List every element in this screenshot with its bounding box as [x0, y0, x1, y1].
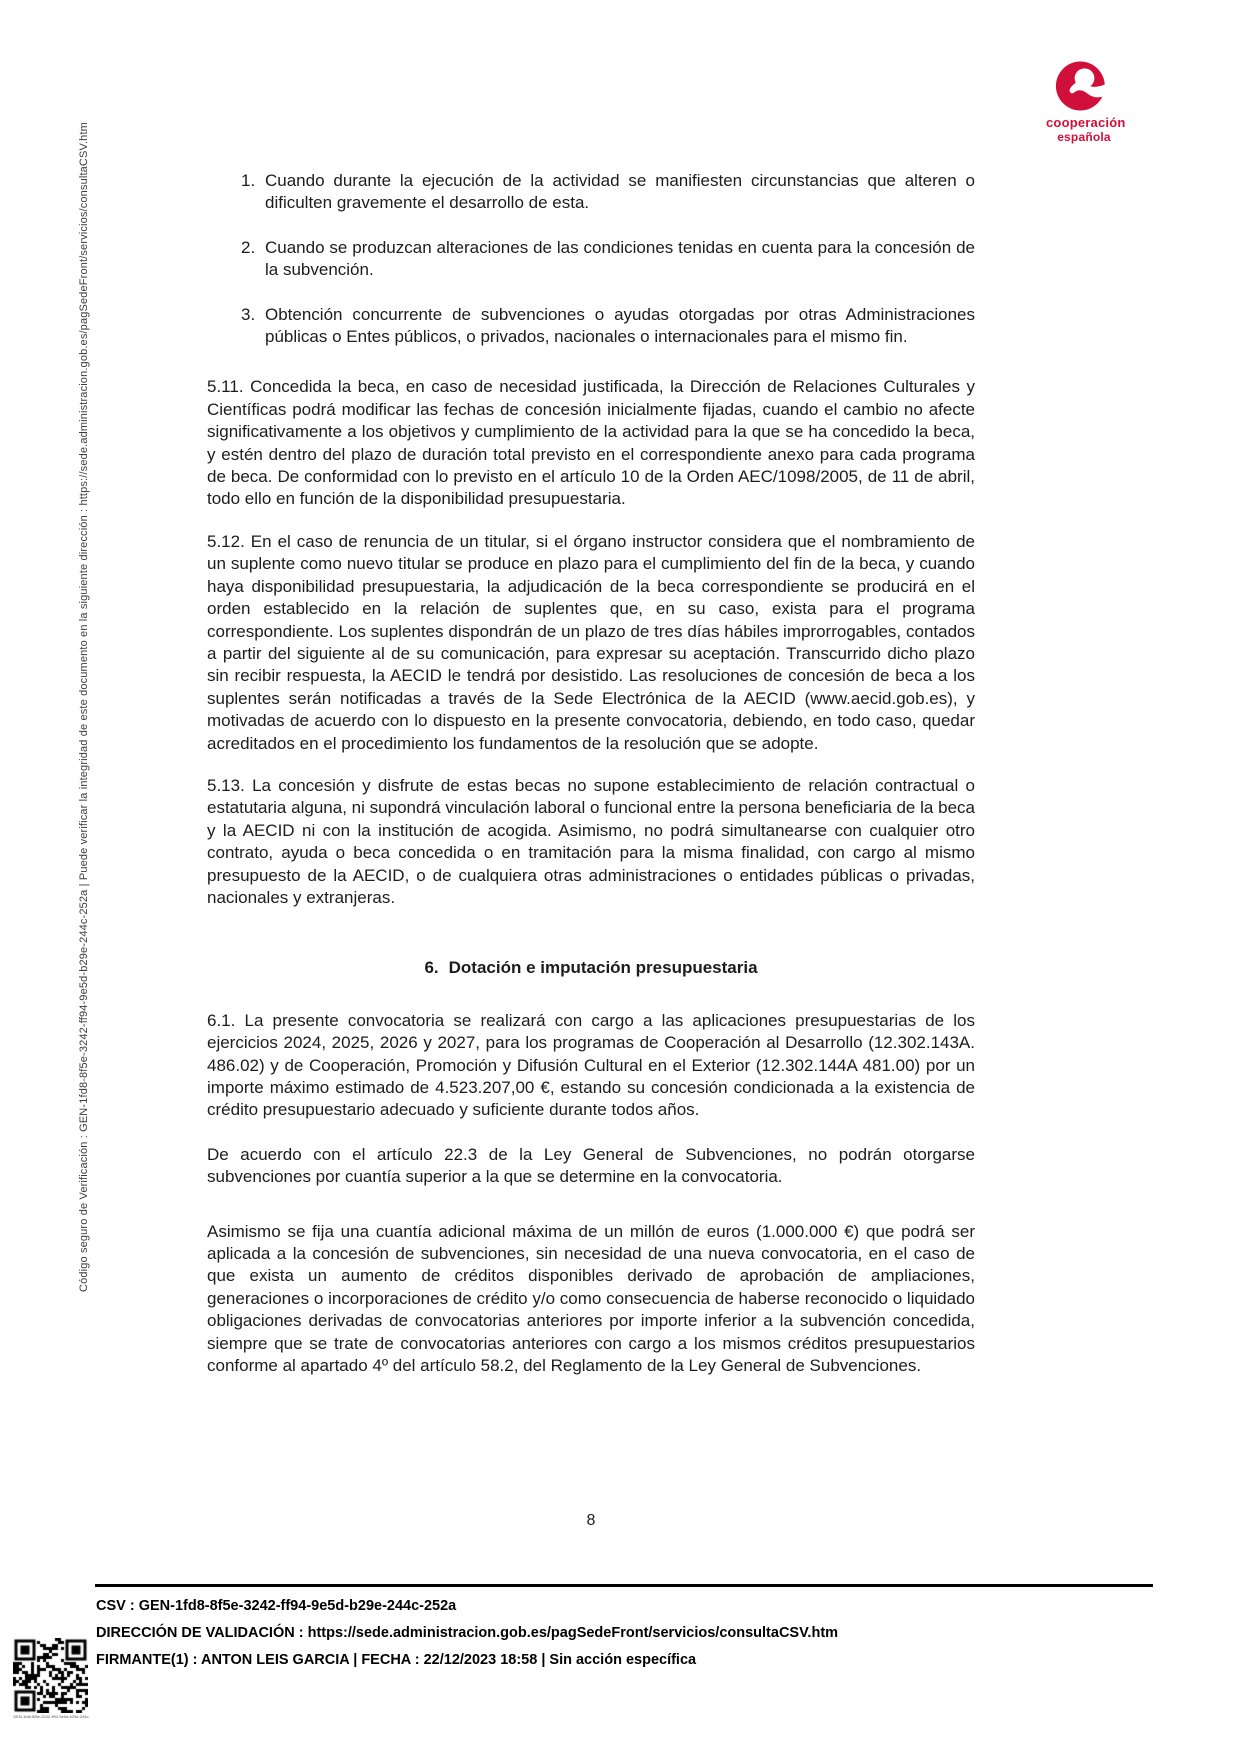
list-item-text: Cuando durante la ejecución de la activi… — [265, 170, 975, 215]
list-item: 1. Cuando durante la ejecución de la act… — [207, 170, 975, 215]
paragraph-5-13: 5.13. La concesión y disfrute de estas b… — [207, 775, 975, 909]
list-item-number: 3. — [241, 304, 265, 349]
list-item-text: Obtención concurrente de subvenciones o … — [265, 304, 975, 349]
page-number: 8 — [207, 1512, 975, 1530]
logo-text-line1: cooperación — [1046, 115, 1122, 130]
qr-code — [13, 1638, 88, 1713]
footer-block: CSV : GEN-1fd8-8f5e-3242-ff94-9e5d-b29e-… — [96, 1593, 1156, 1674]
footer-validation-url: DIRECCIÓN DE VALIDACIÓN : https://sede.a… — [96, 1620, 1156, 1647]
list-item-text: Cuando se produzcan alteraciones de las … — [265, 237, 975, 282]
csv-vertical-text: Código seguro de Verificación : GEN-1fd8… — [78, 117, 90, 1292]
paragraph-5-12: 5.12. En el caso de renuncia de un titul… — [207, 531, 975, 755]
qr-block: GEN-1fd8-8f5e-3242-ff94-9e5d-b29e-244c-2… — [13, 1638, 89, 1719]
section-6-heading: 6. Dotación e imputación presupuestaria — [207, 957, 975, 979]
document-page: Código seguro de Verificación : GEN-1fd8… — [0, 0, 1240, 1755]
paragraph-6-2: De acuerdo con el artículo 22.3 de la Le… — [207, 1144, 975, 1189]
paragraph-6-1: 6.1. La presente convocatoria se realiza… — [207, 1010, 975, 1122]
document-body: 1. Cuando durante la ejecución de la act… — [207, 170, 975, 1377]
list-item: 2. Cuando se produzcan alteraciones de l… — [207, 237, 975, 282]
footer-divider — [95, 1584, 1153, 1587]
footer-csv: CSV : GEN-1fd8-8f5e-3242-ff94-9e5d-b29e-… — [96, 1593, 1156, 1620]
footer-signer: FIRMANTE(1) : ANTON LEIS GARCIA | FECHA … — [96, 1647, 1156, 1674]
list-item-number: 1. — [241, 170, 265, 215]
list-item: 3. Obtención concurrente de subvenciones… — [207, 304, 975, 349]
cooperacion-espanola-logo: cooperación española — [1046, 60, 1122, 144]
list-item-number: 2. — [241, 237, 265, 282]
numbered-list: 1. Cuando durante la ejecución de la act… — [207, 170, 975, 348]
cooperacion-c-icon — [1046, 60, 1122, 112]
paragraph-6-3: Asimismo se fija una cuantía adicional m… — [207, 1221, 975, 1378]
logo-text-line2: española — [1046, 130, 1122, 144]
qr-caption: GEN-1fd8-8f5e-3242-ff94-9e5d-b29e-244c-2… — [13, 1714, 89, 1719]
section-6-number: 6. — [424, 957, 438, 979]
section-6-title: Dotación e imputación presupuestaria — [449, 957, 758, 979]
paragraph-5-11: 5.11. Concedida la beca, en caso de nece… — [207, 376, 975, 510]
